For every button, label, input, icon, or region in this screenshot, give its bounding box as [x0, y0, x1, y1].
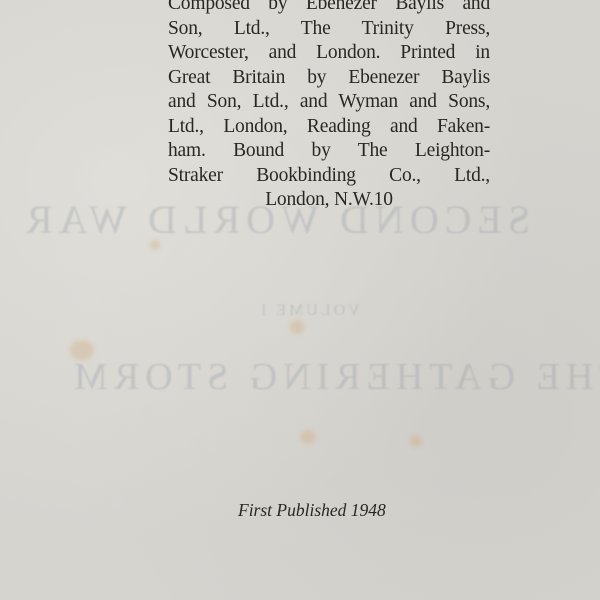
- show-through-subtitle: THE GATHERING STORM: [68, 355, 600, 399]
- foxing-spot: [290, 320, 304, 334]
- foxing-spot: [410, 435, 422, 447]
- colophon-line: Son, Ltd., The Trinity Press,: [168, 17, 490, 42]
- colophon-line: Ltd., London, Reading and Faken-: [168, 115, 490, 140]
- show-through-volume: VOLUME I: [258, 302, 360, 320]
- colophon-line: London, N.W.10: [168, 188, 490, 213]
- colophon-line: Worcester, and London. Printed in: [168, 41, 490, 66]
- colophon-line: Straker Bookbinding Co., Ltd.,: [168, 164, 490, 189]
- colophon-line: ham. Bound by The Leighton-: [168, 139, 490, 164]
- colophon-line: Great Britain by Ebenezer Baylis: [168, 66, 490, 91]
- colophon-line: Composed by Ebenezer Baylis and: [168, 0, 490, 17]
- foxing-spot: [300, 430, 316, 444]
- printer-colophon: Composed by Ebenezer Baylis and Son, Ltd…: [168, 0, 490, 213]
- colophon-line: and Son, Ltd., and Wyman and Sons,: [168, 90, 490, 115]
- first-published-note: First Published 1948: [238, 500, 386, 521]
